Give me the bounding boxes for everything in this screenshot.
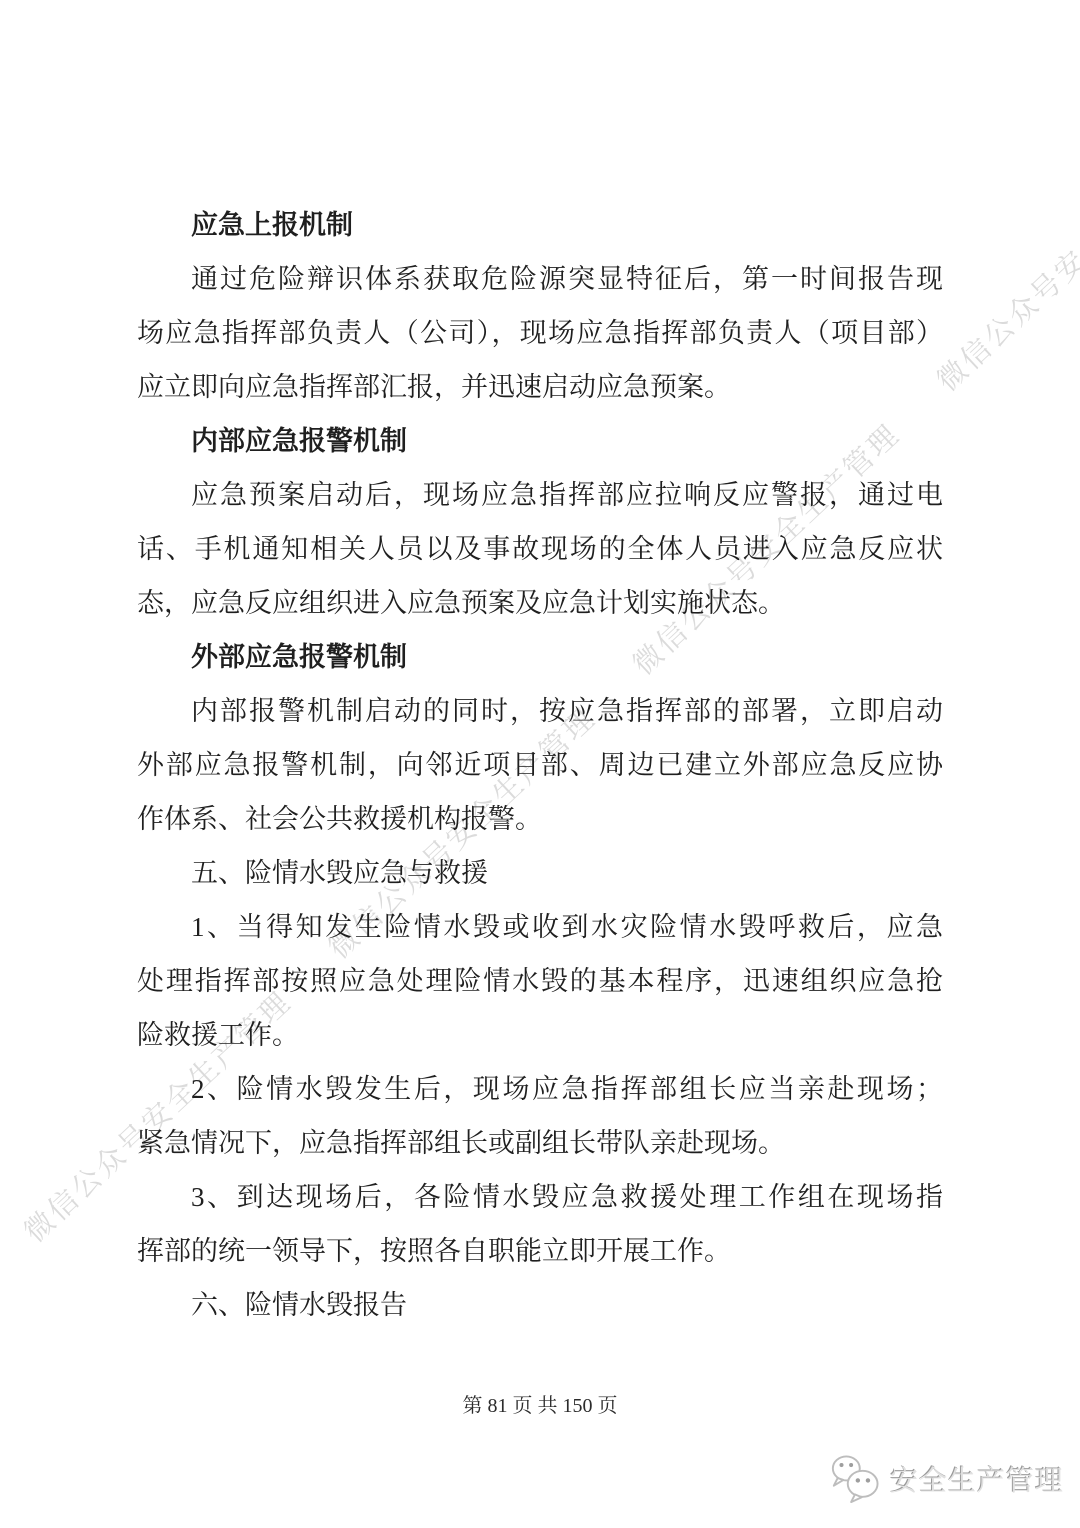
section-heading: 内部应急报警机制 (137, 414, 943, 468)
document-line: 处理指挥部按照应急处理险情水毁的基本程序，迅速组织应急抢 (137, 954, 943, 1008)
brand-name: 安全生产管理 (890, 1459, 1064, 1499)
section-heading: 应急上报机制 (137, 198, 943, 252)
document-page: 微信公众号安全生产管理 微信公众号安全生产管理 微信公众号安全生产管理 微信公众… (0, 0, 1080, 1528)
document-line: 3、到达现场后，各险情水毁应急救援处理工作组在现场指 (137, 1170, 943, 1224)
document-line: 作体系、社会公共救援机构报警。 (137, 792, 943, 846)
brand-footer: 安全生产管理 (827, 1448, 1064, 1510)
document-line: 应急预案启动后，现场应急指挥部应拉响反应警报，通过电 (137, 468, 943, 522)
document-content: 应急上报机制通过危险辩识体系获取危险源突显特征后，第一时间报告现场应急指挥部负责… (137, 198, 943, 1332)
document-line: 通过危险辩识体系获取危险源突显特征后，第一时间报告现 (137, 252, 943, 306)
document-line: 五、险情水毁应急与救援 (137, 846, 943, 900)
wechat-chat-bubbles-icon (827, 1454, 881, 1504)
document-line: 态，应急反应组织进入应急预案及应急计划实施状态。 (137, 576, 943, 630)
document-line: 挥部的统一领导下，按照各自职能立即开展工作。 (137, 1224, 943, 1278)
document-line: 2、险情水毁发生后，现场应急指挥部组长应当亲赴现场； (137, 1062, 943, 1116)
document-line: 应立即向应急指挥部汇报，并迅速启动应急预案。 (137, 360, 943, 414)
document-line: 场应急指挥部负责人（公司），现场应急指挥部负责人（项目部） (137, 306, 943, 360)
document-line: 外部应急报警机制，向邻近项目部、周边已建立外部应急反应协 (137, 738, 943, 792)
document-line: 六、险情水毁报告 (137, 1278, 943, 1332)
document-line: 内部报警机制启动的同时，按应急指挥部的部署，立即启动 (137, 684, 943, 738)
document-line: 紧急情况下，应急指挥部组长或副组长带队亲赴现场。 (137, 1116, 943, 1170)
section-heading: 外部应急报警机制 (137, 630, 943, 684)
page-number: 第 81 页 共 150 页 (0, 1389, 1080, 1418)
document-line: 1、当得知发生险情水毁或收到水灾险情水毁呼救后，应急 (137, 900, 943, 954)
document-line: 话、手机通知相关人员以及事故现场的全体人员进入应急反应状 (137, 522, 943, 576)
document-line: 险救援工作。 (137, 1008, 943, 1062)
